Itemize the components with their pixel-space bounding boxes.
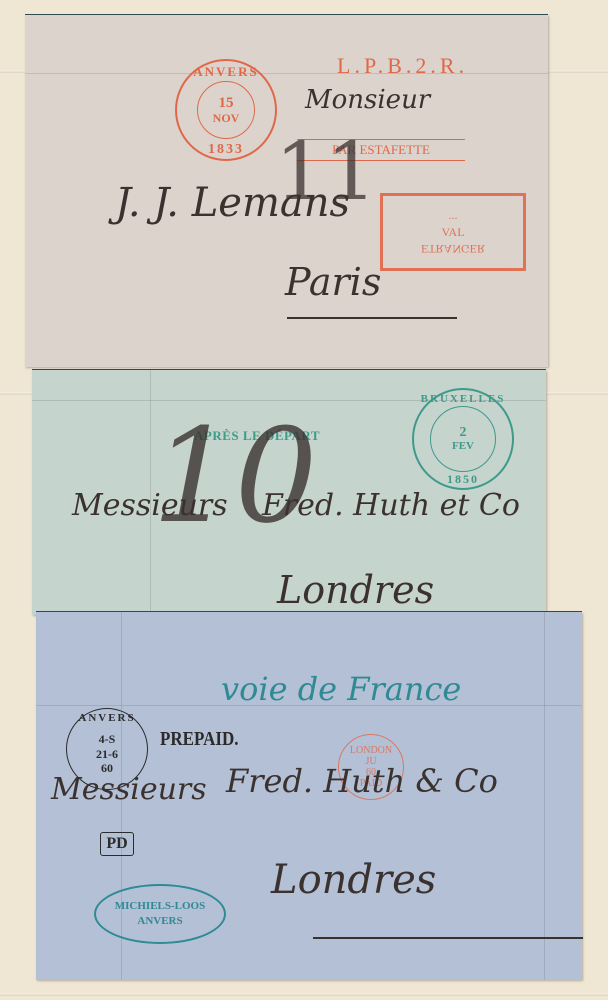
address-salutation: Messieurs (72, 488, 228, 523)
arrival-town: LONDON (350, 745, 392, 756)
underline (313, 937, 583, 939)
postmark-town: BRUXELLES (414, 393, 512, 405)
cover-anvers-1860: voie de France ANVERS 4-S 21-6 60 PREPAI… (36, 612, 582, 980)
address-name: Fred. Huth et Co (262, 488, 520, 523)
postmark-bruxelles-1850: BRUXELLES 2 FEV 1850 (412, 388, 514, 490)
address-city: Paris (285, 260, 381, 304)
postmark-date: 21-6 (96, 747, 118, 761)
cover-anvers-1833: ANVERS 15 NOV 1833 L.P.B.2.R. PAR ESTAFE… (25, 15, 548, 367)
rate-manuscript: 10 (152, 400, 317, 552)
boxed-line-2: VAL (383, 224, 523, 241)
address-salutation: Messieurs (51, 772, 207, 807)
postmark-town: ANVERS (67, 712, 147, 724)
postmark-year: 1850 (414, 472, 512, 487)
address-salutation: Monsieur (305, 85, 430, 115)
cachet-line-2: ANVERS (96, 914, 224, 929)
address-name: Fred. Huth & Co (226, 762, 498, 800)
boxed-line-1: ... (383, 207, 523, 224)
marking-pd: PD (100, 832, 134, 856)
album-strip (0, 993, 608, 996)
sender-cachet-michiels-loos: MICHIELS-LOOS ANVERS (94, 884, 226, 944)
marking-prepaid: PREPAID. (160, 728, 239, 751)
cachet-line-1: MICHIELS-LOOS (96, 899, 224, 914)
postmark-day: 15 (219, 96, 234, 112)
postmark-day: 2 (460, 426, 467, 441)
postmark-month: NOV (213, 112, 240, 125)
postmark-year: 1833 (177, 142, 275, 158)
cover-bruxelles-1850: APRÈS LE DÉPART BRUXELLES 2 FEV 1850 10 … (32, 370, 546, 615)
address-city: Londres (271, 857, 436, 903)
boxed-line-3: ETRANGER (383, 240, 523, 257)
postmark-anvers-1833: ANVERS 15 NOV 1833 (175, 59, 277, 161)
routing-voie-de-france: voie de France (221, 670, 461, 708)
boxed-etranger-marking: ... VAL ETRANGER (380, 193, 526, 271)
underline (287, 317, 457, 319)
marking-lpb2r: L.P.B.2.R. (337, 53, 468, 79)
postmark-time: 4-S (99, 732, 116, 746)
postmark-town: ANVERS (177, 64, 275, 80)
address-city: Londres (277, 568, 434, 612)
postmark-month: FEV (452, 441, 474, 453)
rate-manuscript: 11 (275, 125, 377, 218)
